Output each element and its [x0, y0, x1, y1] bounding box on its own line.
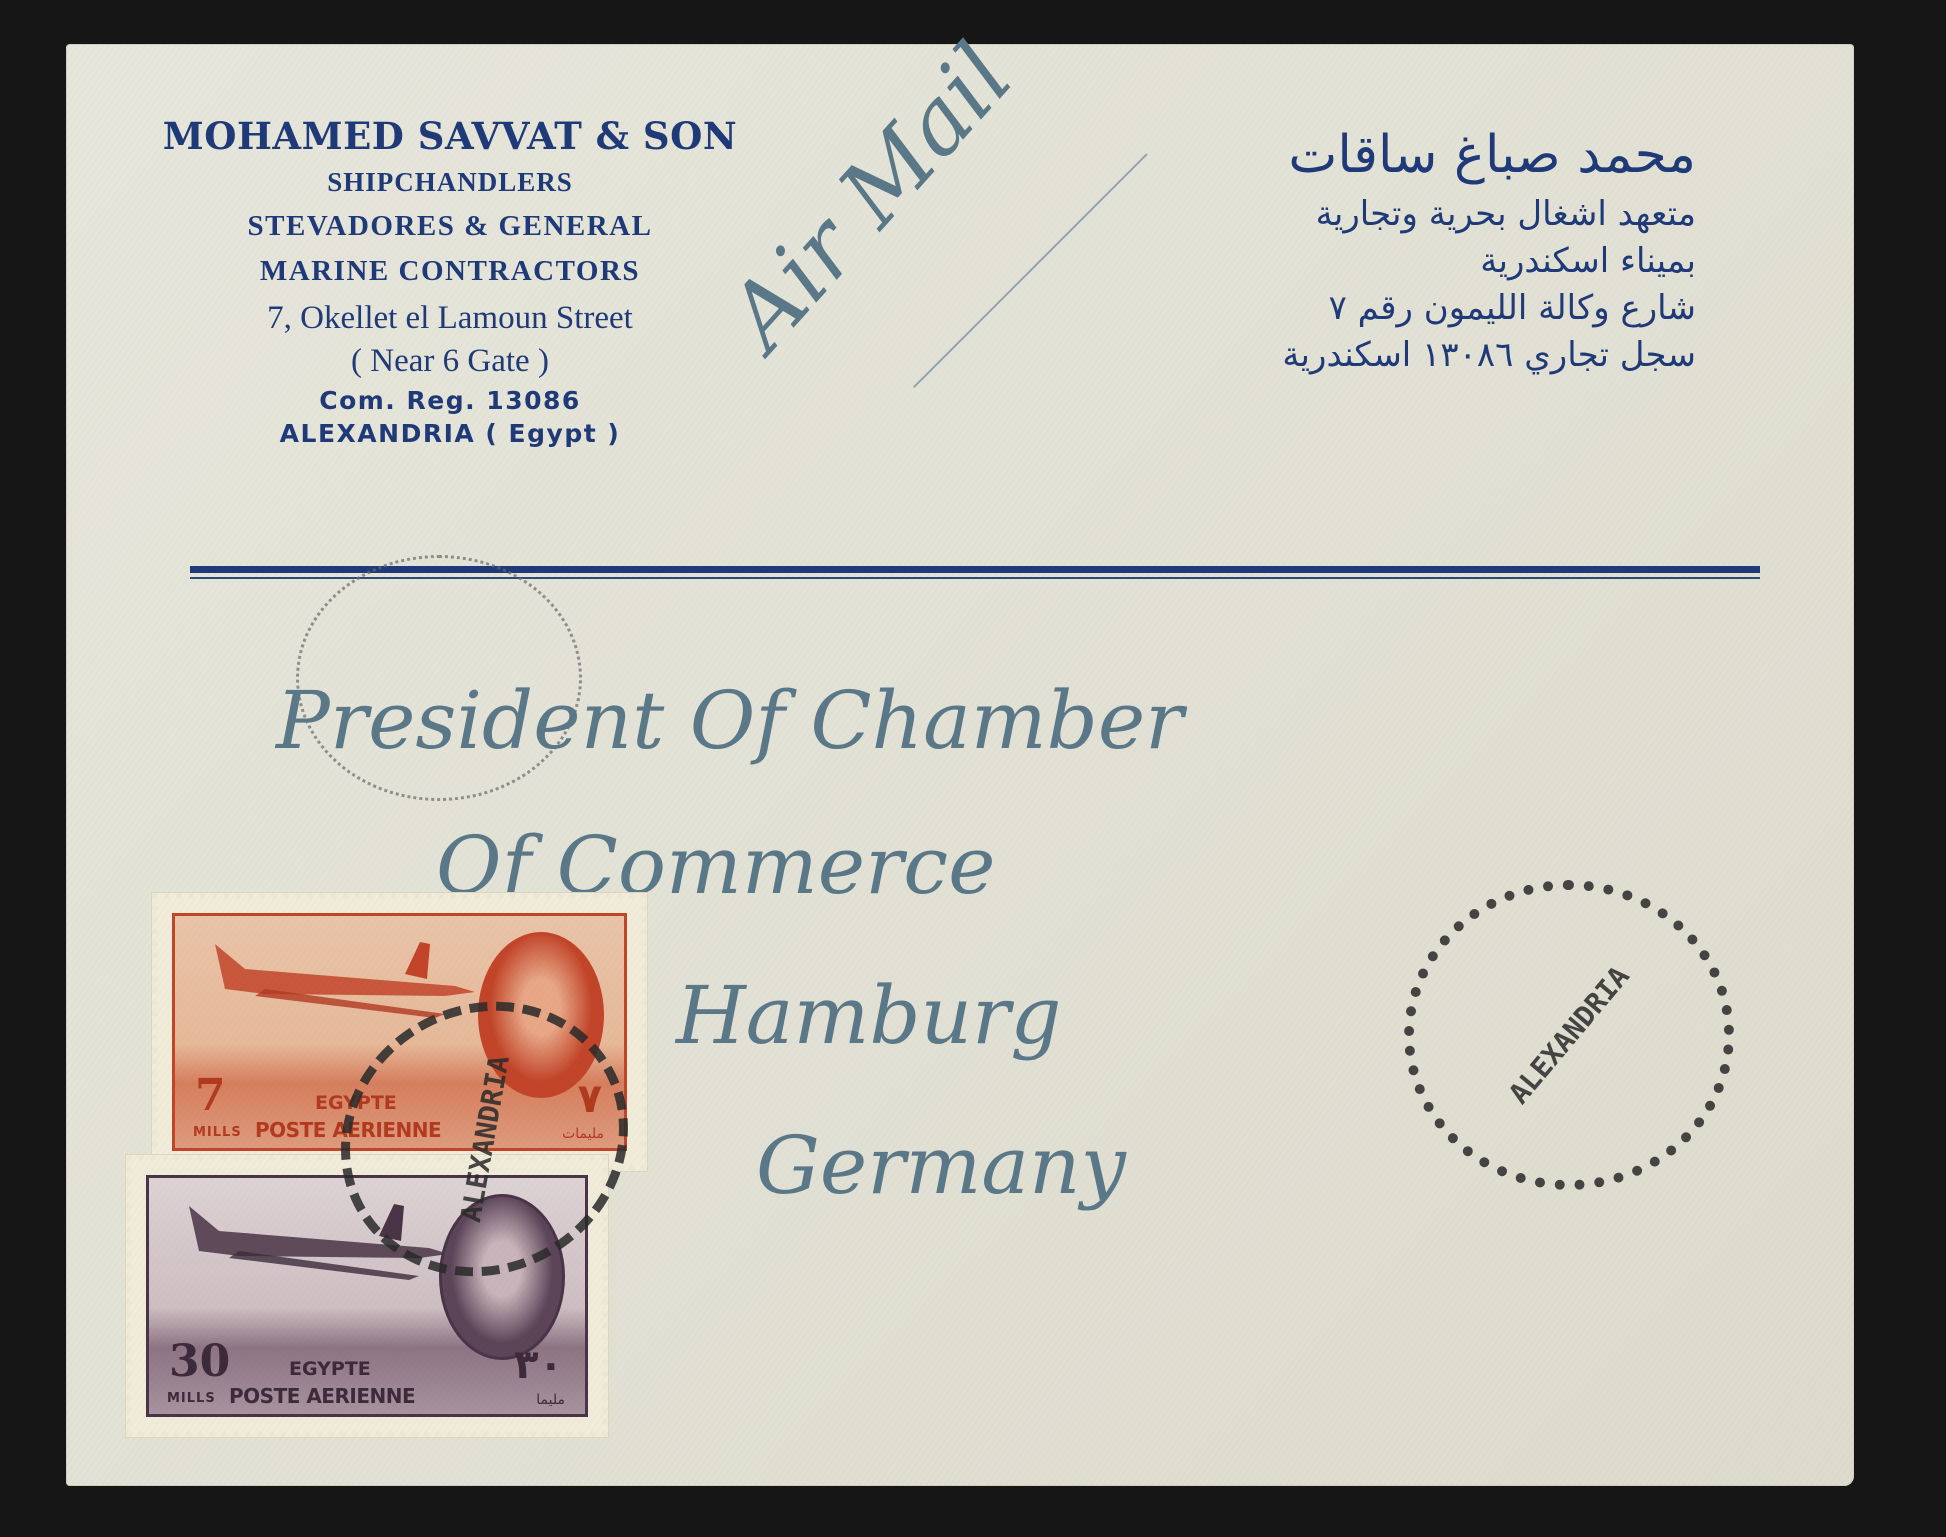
- street-address: 7, Okellet el Lamoun Street: [150, 302, 750, 335]
- letterhead-arabic: محمد صباغ ساقات متعهد اشغال بحرية وتجاري…: [1096, 124, 1696, 382]
- landmark: ( Near 6 Gate ): [150, 345, 750, 378]
- recipient-city: Hamburg: [676, 969, 1062, 1062]
- stamp-unit: MILLS: [193, 1125, 242, 1140]
- arabic-line-4: سجل تجاري ١٣٠٨٦ اسكندرية: [1096, 335, 1696, 376]
- stamp-country: EGYPTE: [289, 1358, 371, 1380]
- letterhead-english: MOHAMED SAVVAT & SON SHIPCHANDLERS STEVA…: [150, 118, 750, 454]
- postmark-text: ALEXANDRIA: [454, 1053, 516, 1225]
- city: ALEXANDRIA ( Egypt ): [150, 421, 750, 446]
- stamp-unit: MILLS: [167, 1391, 216, 1406]
- envelope: MOHAMED SAVVAT & SON SHIPCHANDLERS STEVA…: [66, 44, 1854, 1486]
- stamp-value: 30: [169, 1340, 230, 1384]
- stamp-value: 7: [195, 1074, 226, 1118]
- business-line-1: SHIPCHANDLERS: [150, 169, 750, 196]
- recipient-line-1: President Of Chamber: [276, 674, 1183, 767]
- company-name: MOHAMED SAVVAT & SON: [150, 118, 750, 155]
- stamp-type: POSTE AERIENNE: [229, 1384, 415, 1408]
- arabic-line-3: شارع وكالة الليمون رقم ٧: [1096, 288, 1696, 329]
- business-line-3: MARINE CONTRACTORS: [150, 257, 750, 286]
- recipient-country: Germany: [756, 1119, 1126, 1212]
- stamp-unit-arabic: مليما: [536, 1392, 565, 1408]
- arabic-line-1: متعهد اشغال بحرية وتجارية: [1096, 194, 1696, 235]
- postmark-text: ALEXANDRIA: [1502, 960, 1636, 1110]
- departure-postmark: ALEXANDRIA: [1404, 880, 1734, 1190]
- business-line-2: STEVADORES & GENERAL: [150, 212, 750, 241]
- company-name-arabic: محمد صباغ ساقات: [1096, 124, 1696, 186]
- stamp-value-arabic: ٣٠: [514, 1342, 563, 1388]
- registration-number: Com. Reg. 13086: [150, 388, 750, 413]
- arabic-line-2: بميناء اسكندرية: [1096, 241, 1696, 282]
